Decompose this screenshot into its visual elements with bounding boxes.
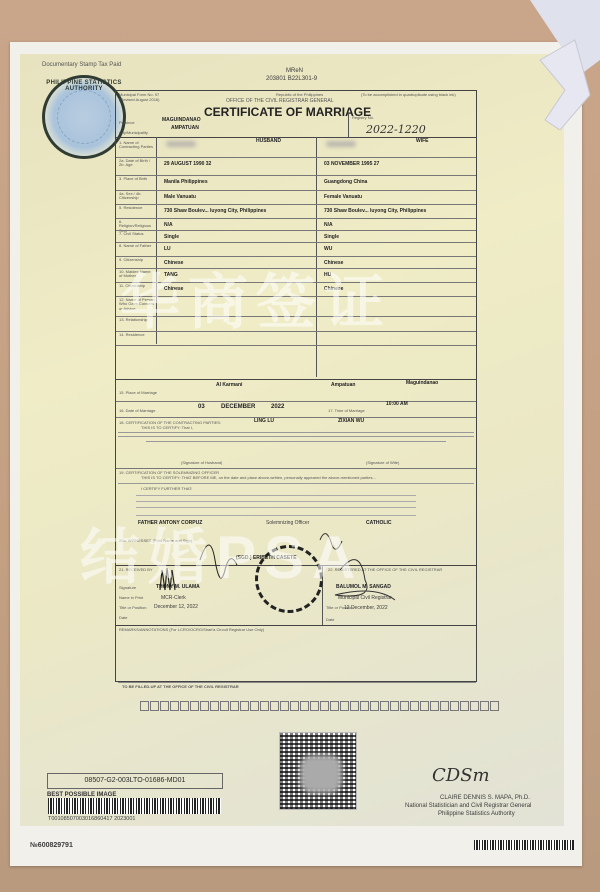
party-row-label: 1. Name of Contracting Parties (119, 141, 155, 150)
place-province: Maguindanao (406, 381, 438, 386)
cert-officer-text: THIS IS TO CERTIFY: THAT BEFORE ME, on t… (141, 476, 471, 480)
received-date-label: Date (119, 616, 127, 620)
signatory-title: National Statistician and Civil Registra… (405, 803, 531, 809)
city-value: AMPATUAN (171, 126, 199, 131)
office-use-label: TO BE FILLED-UP AT THE OFFICE OF THE CIV… (122, 685, 239, 689)
wife-value: Female Vanuatu (324, 195, 362, 200)
husband-value: Male Vanuatu (164, 195, 196, 200)
wife-name: ZIXIAN WU (338, 419, 364, 424)
form-revised: (Revised August 2016) (119, 98, 159, 102)
marriage-month: DECEMBER (221, 404, 255, 410)
registry-label: Registry No. (352, 116, 374, 120)
place-of-marriage-label: 15. Place of Marriage (119, 391, 157, 395)
watermark-line1: 华商签证 (120, 255, 392, 341)
registrar-general-signature: CDSm (432, 765, 490, 786)
marriage-time: 10:00 AM (386, 402, 408, 407)
wife-value: Guangdong China (324, 180, 367, 185)
certify-further: I CERTIFY FURTHER THAT: (141, 487, 192, 491)
ribbon-seal (520, 0, 600, 130)
husband-signature-label: (Signature of Husband) (181, 461, 222, 465)
husband-value: LU (164, 247, 171, 252)
party-row-label: 8. Name of Father (119, 244, 155, 248)
husband-name: LING LU (254, 419, 274, 424)
control-number: 08507-G2-003LTO-01686-MD01 (47, 773, 223, 789)
wife-value: WU (324, 247, 332, 252)
party-row-label: 3. Place of Birth (119, 177, 155, 181)
psa-seal: PHILIPPINE STATISTICS AUTHORITY (42, 75, 126, 159)
husband-value: N/A (164, 223, 173, 228)
signatory-name: CLAIRE DENNIS S. MAPA, Ph.D. (440, 795, 530, 801)
wife-signature-label: (Signature of Wife) (366, 461, 399, 465)
qr-code (279, 732, 357, 810)
date-of-marriage-label: 16. Date of Marriage (119, 409, 155, 413)
certificate-title: CERTIFICATE OF MARRIAGE (204, 106, 371, 118)
husband-header: HUSBAND (256, 139, 281, 144)
document-barcode (48, 798, 221, 814)
province-value: MAGUINDANAO (162, 118, 201, 123)
mren-label: MReN (286, 68, 303, 74)
stamp-tax-label: Documentary Stamp Tax Paid (42, 62, 121, 68)
wife-value: Single (324, 235, 339, 240)
province-label: Province (119, 121, 135, 125)
office-use-boxes (140, 698, 500, 716)
place-city: Ampatuan (331, 383, 355, 388)
marriage-year: 2022 (271, 404, 284, 410)
cert-officer-label: 19. CERTIFICATION OF THE SOLEMNIZING OFF… (119, 471, 219, 475)
husband-value: 29 AUGUST 1990 32 (164, 162, 211, 167)
marriage-day: 03 (198, 404, 205, 410)
registry-number: 2022-1220 (366, 123, 426, 136)
barcode-text: T00108507003016860417 2023001 (48, 817, 135, 823)
party-row-label: 4a. Sex / 4b. Citizenship (119, 192, 155, 201)
husband-value: 730 Shaw Boulev... luyong City, Philippi… (164, 209, 266, 214)
office-label: OFFICE OF THE CIVIL REGISTRAR GENERAL (226, 99, 334, 105)
cert-parties-text: THIS IS TO CERTIFY: That I, (141, 426, 193, 430)
party-row-label: 7. Civil Status (119, 232, 155, 236)
signatory-org: Philippine Statistics Authority (438, 811, 515, 817)
quadruplicate-note: (To be accomplished in quadruplicate usi… (361, 93, 456, 97)
wife-value: N/A (324, 223, 333, 228)
wife-value: 730 Shaw Boulev... luyong City, Philippi… (324, 209, 426, 214)
office-use-section: TO BE FILLED-UP AT THE OFFICE OF THE CIV… (118, 682, 476, 711)
party-row-label: 2a. Date of Birth / 2b. Age (119, 159, 155, 168)
party-row-label: 5. Residence (119, 206, 155, 210)
wife-header: WIFE (416, 139, 429, 144)
registered-date-label: Date (326, 618, 334, 622)
republic-label: Republic of the Philippines (276, 93, 323, 97)
serial-barcode (474, 840, 574, 850)
husband-value: Manila Philippines (164, 180, 208, 185)
mren-number: 203801 B22L301-9 (266, 76, 317, 82)
city-label: City/Municipality (119, 131, 148, 135)
watermark-line2: 结婚PSA (80, 510, 363, 596)
wife-value: 03 NOVEMBER 1995 27 (324, 162, 379, 167)
husband-value: Single (164, 235, 179, 240)
serial-number: №600829791 (30, 842, 73, 849)
time-of-marriage-label: 17. Time of Marriage (328, 409, 365, 413)
place-office: Al Karmani (216, 383, 242, 388)
remarks-label: REMARKS/ANNOTATIONS (For LCRO/OCRG/Shari… (119, 628, 264, 632)
